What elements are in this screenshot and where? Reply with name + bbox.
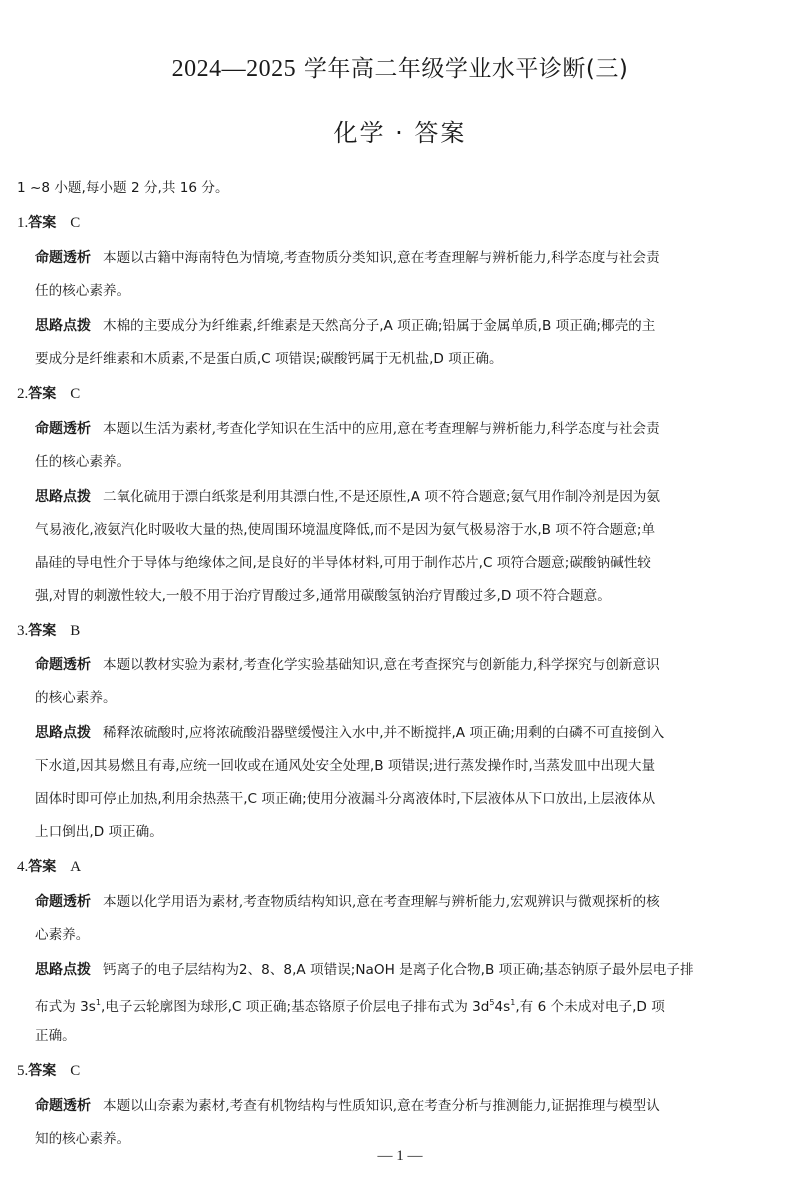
question-3-analysis-cont: 的核心素养。 xyxy=(35,688,117,708)
page-title: 2024—2025 学年高二年级学业水平诊断(三) xyxy=(0,50,800,83)
question-1-hint: 思路点拨木棉的主要成分为纤维素,纤维素是天然高分子,A 项正确;铅属于金属单质,… xyxy=(35,316,655,336)
question-2-analysis-cont: 任的核心素养。 xyxy=(35,452,130,472)
question-2-hint-cont: 强,对胃的刺激性较大,一般不用于治疗胃酸过多,通常用碳酸氢钠治疗胃酸过多,D 项… xyxy=(35,586,611,606)
question-3-hint: 思路点拨稀释浓硫酸时,应将浓硫酸沿器壁缓慢注入水中,并不断搅拌,A 项正确;用剩… xyxy=(35,723,664,743)
question-1-hint-cont: 要成分是纤维素和木质素,不是蛋白质,C 项错误;碳酸钙属于无机盐,D 项正确。 xyxy=(35,349,503,369)
answer-value: B xyxy=(70,623,80,639)
question-4-hint-cont: 布式为 3s1,电子云轮廓图为球形,C 项正确;基态铬原子价层电子排布式为 3d… xyxy=(35,993,665,1017)
answer-value: A xyxy=(70,859,81,875)
title-text: 学年高二年级学业水平诊断(三) xyxy=(296,56,628,82)
question-4-hint-cont: 正确。 xyxy=(35,1026,76,1046)
question-3-hint-cont: 下水道,因其易燃且有毒,应统一回收或在通风处安全处理,B 项错误;进行蒸发操作时… xyxy=(35,756,655,776)
question-1-analysis: 命题透析本题以古籍中海南特色为情境,考查物质分类知识,意在考查理解与辨析能力,科… xyxy=(35,248,660,268)
question-2-hint-cont: 晶硅的导电性介于导体与绝缘体之间,是良好的半导体材料,可用于制作芯片,C 项符合… xyxy=(35,553,651,573)
question-3-hint-cont: 上口倒出,D 项正确。 xyxy=(35,822,163,842)
answer-value: C xyxy=(70,1063,80,1079)
question-2-analysis: 命题透析本题以生活为素材,考查化学知识在生活中的应用,意在考查理解与辨析能力,科… xyxy=(35,419,660,439)
question-2-answer: 2.答案C xyxy=(17,384,80,404)
question-4-hint: 思路点拨钙离子的电子层结构为2、8、8,A 项错误;NaOH 是离子化合物,B … xyxy=(35,960,694,980)
question-1-answer: 1.答案C xyxy=(17,213,80,233)
question-3-answer: 3.答案B xyxy=(17,621,80,641)
page-subtitle: 化学 · 答案 xyxy=(0,113,800,148)
question-5-answer: 5.答案C xyxy=(17,1061,80,1081)
answer-value: C xyxy=(70,386,80,402)
section-note: 1 ~8 小题,每小题 2 分,共 16 分。 xyxy=(17,178,229,198)
question-3-analysis: 命题透析本题以教材实验为素材,考查化学实验基础知识,意在考查探究与创新能力,科学… xyxy=(35,655,660,675)
question-5-analysis: 命题透析本题以山奈素为素材,考查有机物结构与性质知识,意在考查分析与推测能力,证… xyxy=(35,1096,660,1116)
question-2-hint-cont: 气易液化,液氨汽化时吸收大量的热,使周围环境温度降低,而不是因为氨气极易溶于水,… xyxy=(35,520,655,540)
question-5-analysis-cont: 知的核心素养。 xyxy=(35,1129,130,1149)
question-4-analysis-cont: 心素养。 xyxy=(35,925,89,945)
question-4-answer: 4.答案A xyxy=(17,857,81,877)
question-2-hint: 思路点拨二氧化硫用于漂白纸浆是利用其漂白性,不是还原性,A 项不符合题意;氨气用… xyxy=(35,487,660,507)
page-number: — 1 — xyxy=(0,1148,800,1165)
title-year: 2024—2025 xyxy=(172,56,297,82)
question-3-hint-cont: 固体时即可停止加热,利用余热蒸干,C 项正确;使用分液漏斗分离液体时,下层液体从… xyxy=(35,789,655,809)
question-4-analysis: 命题透析本题以化学用语为素材,考查物质结构知识,意在考查理解与辨析能力,宏观辨识… xyxy=(35,892,660,912)
answer-value: C xyxy=(70,215,80,231)
question-1-analysis-cont: 任的核心素养。 xyxy=(35,281,130,301)
